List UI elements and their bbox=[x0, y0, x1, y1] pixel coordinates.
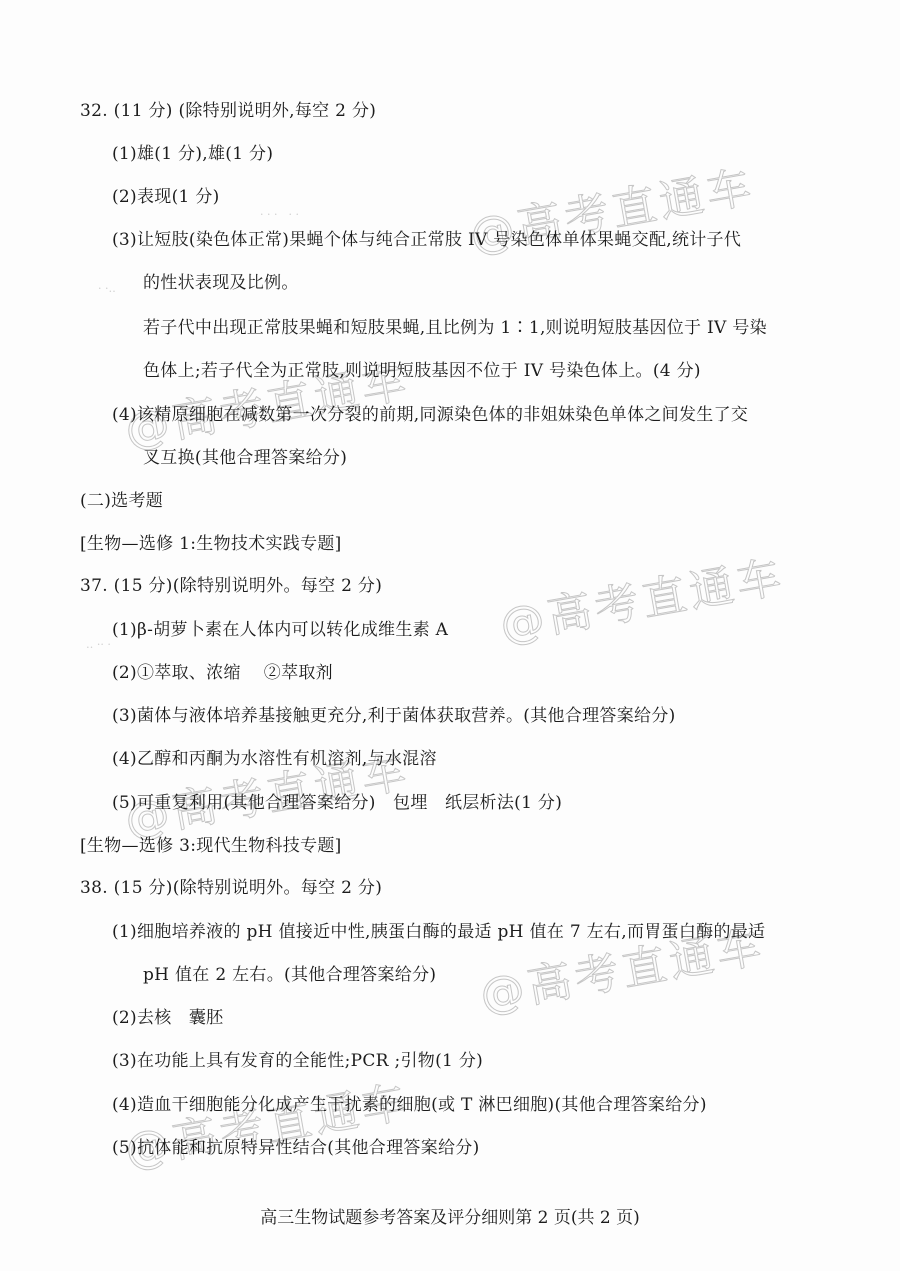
q38-answer-5: (5)抗体能和抗原特异性结合(其他合理答案给分) bbox=[112, 1137, 480, 1159]
answer-key-page: @高考直通车 @高考直通车 @高考直通车 @高考直通车 @高考直通车 @高考直通… bbox=[0, 0, 900, 1271]
q32-answer-3: (3)让短肢(染色体正常)果蝇个体与纯合正常肢 IV 号染色体单体果蝇交配,统计… bbox=[112, 229, 741, 251]
q38-answer-2: (2)去核 囊胚 bbox=[112, 1007, 223, 1029]
elective-3-title: [生物—选修 3:现代生物科技专题] bbox=[80, 835, 342, 857]
q32-answer-3-cont: 若子代中出现正常肢果蝇和短肢果蝇,且比例为 1∶1,则说明短肢基因位于 IV 号… bbox=[143, 317, 767, 339]
q32-answer-4: (4)该精原细胞在减数第一次分裂的前期,同源染色体的非姐妹染色单体之间发生了交 bbox=[112, 404, 748, 426]
q32-answer-2: (2)表现(1 分) bbox=[112, 186, 220, 208]
watermark: @高考直通车 bbox=[119, 1065, 414, 1178]
watermark: @高考直通车 bbox=[494, 540, 789, 653]
q38-answer-1-cont: pH 值在 2 左右。(其他合理答案给分) bbox=[143, 964, 436, 986]
scan-artifact: · · · · · bbox=[260, 206, 299, 222]
q32-answer-4-cont: 叉互换(其他合理答案给分) bbox=[143, 447, 347, 469]
scan-artifact: ‥ ·· · bbox=[86, 638, 111, 651]
q37-answer-5: (5)可重复利用(其他合理答案给分) 包埋 纸层析法(1 分) bbox=[112, 792, 562, 814]
q37-answer-4: (4)乙醇和丙酮为水溶性有机溶剂,与水混溶 bbox=[112, 748, 437, 770]
scan-artifact: · ·‥ bbox=[98, 282, 116, 295]
section-title: (二)选考题 bbox=[80, 490, 163, 512]
q38-answer-1: (1)细胞培养液的 pH 值接近中性,胰蛋白酶的最适 pH 值在 7 左右,而胃… bbox=[112, 921, 765, 943]
q38-header: 38. (15 分)(除特别说明外。每空 2 分) bbox=[80, 877, 382, 899]
q32-answer-3-cont: 的性状表现及比例。 bbox=[143, 272, 299, 294]
q38-answer-3: (3)在功能上具有发育的全能性;PCR ;引物(1 分) bbox=[112, 1050, 483, 1072]
q32-answer-1: (1)雄(1 分),雄(1 分) bbox=[112, 143, 273, 165]
page-footer: 高三生物试题参考答案及评分细则第 2 页(共 2 页) bbox=[0, 1207, 900, 1229]
elective-1-title: [生物—选修 1:生物技术实践专题] bbox=[80, 533, 342, 555]
q38-answer-4: (4)造血干细胞能分化成产生干扰素的细胞(或 T 淋巴细胞)(其他合理答案给分) bbox=[112, 1094, 707, 1116]
q32-answer-3-cont: 色体上;若子代全为正常肢,则说明短肢基因不位于 IV 号染色体上。(4 分) bbox=[143, 360, 701, 382]
q37-answer-1: (1)β-胡萝卜素在人体内可以转化成维生素 A bbox=[112, 619, 448, 641]
q37-answer-2: (2)①萃取、浓缩 ②萃取剂 bbox=[112, 662, 333, 684]
q37-answer-3: (3)菌体与液体培养基接触更充分,利于菌体获取营养。(其他合理答案给分) bbox=[112, 705, 676, 727]
q37-header: 37. (15 分)(除特别说明外。每空 2 分) bbox=[80, 575, 382, 597]
q32-header: 32. (11 分) (除特别说明外,每空 2 分) bbox=[80, 100, 376, 122]
